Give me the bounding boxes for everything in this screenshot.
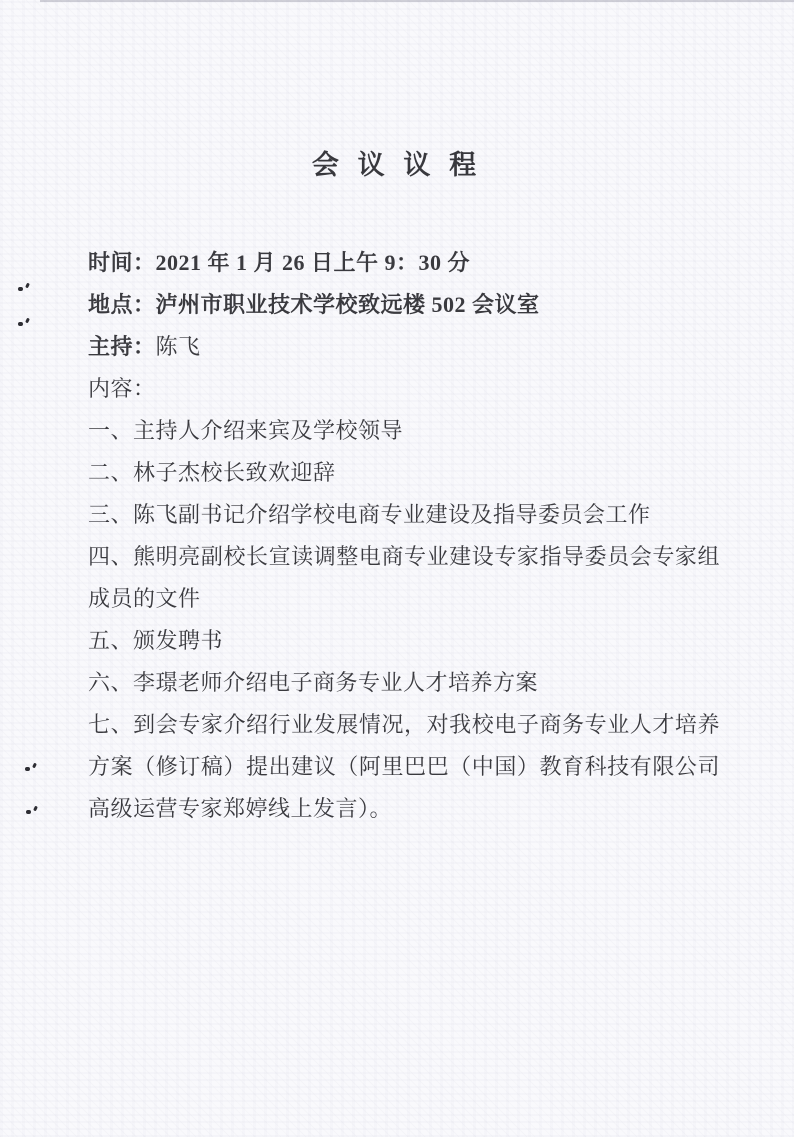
agenda-item-2: 二、林子杰校长致欢迎辞 — [88, 452, 720, 494]
meta-value-time: 2021 年 1 月 26 日上午 9：30 分 — [156, 250, 471, 275]
meta-label-host: 主持： — [88, 334, 156, 359]
meta-value-host: 陈飞 — [156, 334, 201, 359]
meta-label-location: 地点： — [88, 292, 156, 317]
agenda-item-1: 一、主持人介绍来宾及学校领导 — [88, 410, 720, 452]
meta-line-location: 地点：泸州市职业技术学校致远楼 502 会议室 — [88, 284, 720, 326]
meta-value-location: 泸州市职业技术学校致远楼 502 会议室 — [156, 292, 540, 317]
scan-edge — [40, 0, 794, 2]
agenda-item-4: 四、熊明亮副校长宣读调整电商专业建设专家指导委员会专家组成员的文件 — [88, 536, 720, 620]
agenda-item-6: 六、李璟老师介绍电子商务专业人才培养方案 — [88, 662, 720, 704]
document-title: 会 议 议 程 — [0, 0, 794, 182]
content-label: 内容： — [88, 368, 720, 410]
agenda-item-3: 三、陈飞副书记介绍学校电商专业建设及指导委员会工作 — [88, 494, 720, 536]
document-body: 时间：2021 年 1 月 26 日上午 9：30 分 地点：泸州市职业技术学校… — [88, 242, 720, 830]
meta-line-host: 主持：陈飞 — [88, 326, 720, 368]
agenda-item-7: 七、到会专家介绍行业发展情况，对我校电子商务专业人才培养方案（修订稿）提出建议（… — [88, 704, 720, 830]
agenda-item-5: 五、颁发聘书 — [88, 620, 720, 662]
meta-label-time: 时间： — [88, 250, 156, 275]
meta-line-time: 时间：2021 年 1 月 26 日上午 9：30 分 — [88, 242, 720, 284]
scanned-document-page: 会 议 议 程 时间：2021 年 1 月 26 日上午 9：30 分 地点：泸… — [0, 0, 794, 1137]
